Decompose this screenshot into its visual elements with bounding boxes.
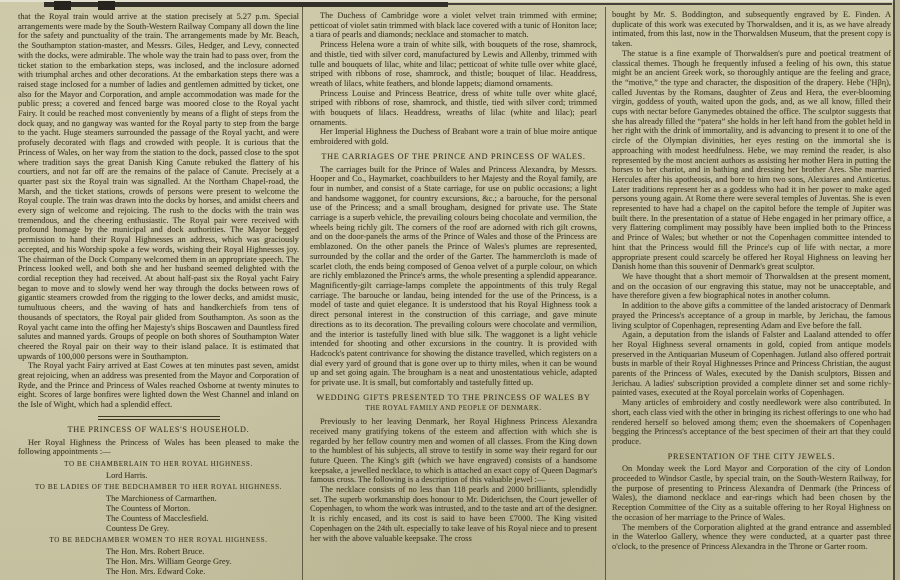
paragraph: In addition to the above gifts a committ… <box>612 301 891 330</box>
double-rule-divider <box>98 416 220 420</box>
paragraph: The necklace consists of no less than 11… <box>310 485 597 543</box>
newspaper-page: that the Royal train would arrive at the… <box>0 0 900 580</box>
paragraph: Princess Louise and Princess Beatrice, d… <box>310 89 597 128</box>
appointment-name: The Hon. Mrs. Edward Coke. <box>18 567 299 577</box>
paragraph: The members of the Corporation alighted … <box>612 523 891 552</box>
appointment-name: Lord Harris. <box>18 471 299 481</box>
paragraph: The carriages built for the Prince of Wa… <box>310 165 597 388</box>
paragraph: bought by Mr. S. Boddington, and subsequ… <box>612 10 891 49</box>
page-edge <box>895 0 900 580</box>
text-column-left: that the Royal train would arrive at the… <box>18 12 299 576</box>
appointment-name: Countess De Grey. <box>18 524 299 534</box>
paragraph: The Royal yacht Fairy arrived at East Co… <box>18 361 299 410</box>
text-column-middle: The Duchess of Cambridge wore a violet v… <box>310 11 597 543</box>
paragraph: Previously to her leaving Denmark, her R… <box>310 417 597 485</box>
section-heading: WEDDING GIFTS PRESENTED TO THE PRINCESS … <box>310 393 597 403</box>
column-rule <box>302 7 303 580</box>
paragraph: that the Royal train would arrive at the… <box>18 12 299 361</box>
paragraph: Many articles of embroidery and costly n… <box>612 398 891 447</box>
paragraph: On Monday week the Lord Mayor and Corpor… <box>612 464 891 522</box>
paragraph: Her Royal Highness the Princess of Wales… <box>18 438 299 457</box>
paragraph: Princess Helena wore a train of white si… <box>310 40 597 89</box>
section-heading: THE CARRIAGES OF THE PRINCE AND PRINCESS… <box>310 152 597 162</box>
page-top-rule-thin <box>448 3 892 5</box>
appointment-name: The Hon. Mrs. William George Grey. <box>18 557 299 567</box>
text-column-right: bought by Mr. S. Boddington, and subsequ… <box>612 10 891 552</box>
scan-artifact <box>54 1 71 10</box>
appointment-name: The Hon. Mrs. Robert Bruce. <box>18 547 299 557</box>
paragraph: Again, a deputation from the islands of … <box>612 330 891 398</box>
appointment-name: The Countess of Macclesfield. <box>18 514 299 524</box>
section-subheading: THE ROYAL FAMILY AND PEOPLE OF DENMARK. <box>310 404 597 414</box>
column-rule <box>605 7 606 580</box>
section-heading: PRESENTATION OF THE CITY JEWELS. <box>612 452 891 462</box>
appointments-heading: TO BE CHAMBERLAIN TO HER ROYAL HIGHNESS. <box>18 460 299 470</box>
appointment-name: The Marchioness of Carmarthen. <box>18 494 299 504</box>
paragraph: The statue is a fine example of Thorwald… <box>612 49 891 272</box>
appointment-name: The Countess of Morton. <box>18 504 299 514</box>
paragraph: We have thought that a short memoir of T… <box>612 272 891 301</box>
appointments-heading: TO BE BEDCHAMBER WOMEN TO HER ROYAL HIGH… <box>18 536 299 546</box>
paragraph: The Duchess of Cambridge wore a violet v… <box>310 11 597 40</box>
paragraph: Her Imperial Highness the Duchess of Bra… <box>310 127 597 146</box>
scan-artifact <box>98 1 115 10</box>
section-heading: THE PRINCESS OF WALES'S HOUSEHOLD. <box>18 425 299 435</box>
appointments-heading: TO BE LADIES OF THE BEDCHAMBER TO HER RO… <box>18 483 299 493</box>
